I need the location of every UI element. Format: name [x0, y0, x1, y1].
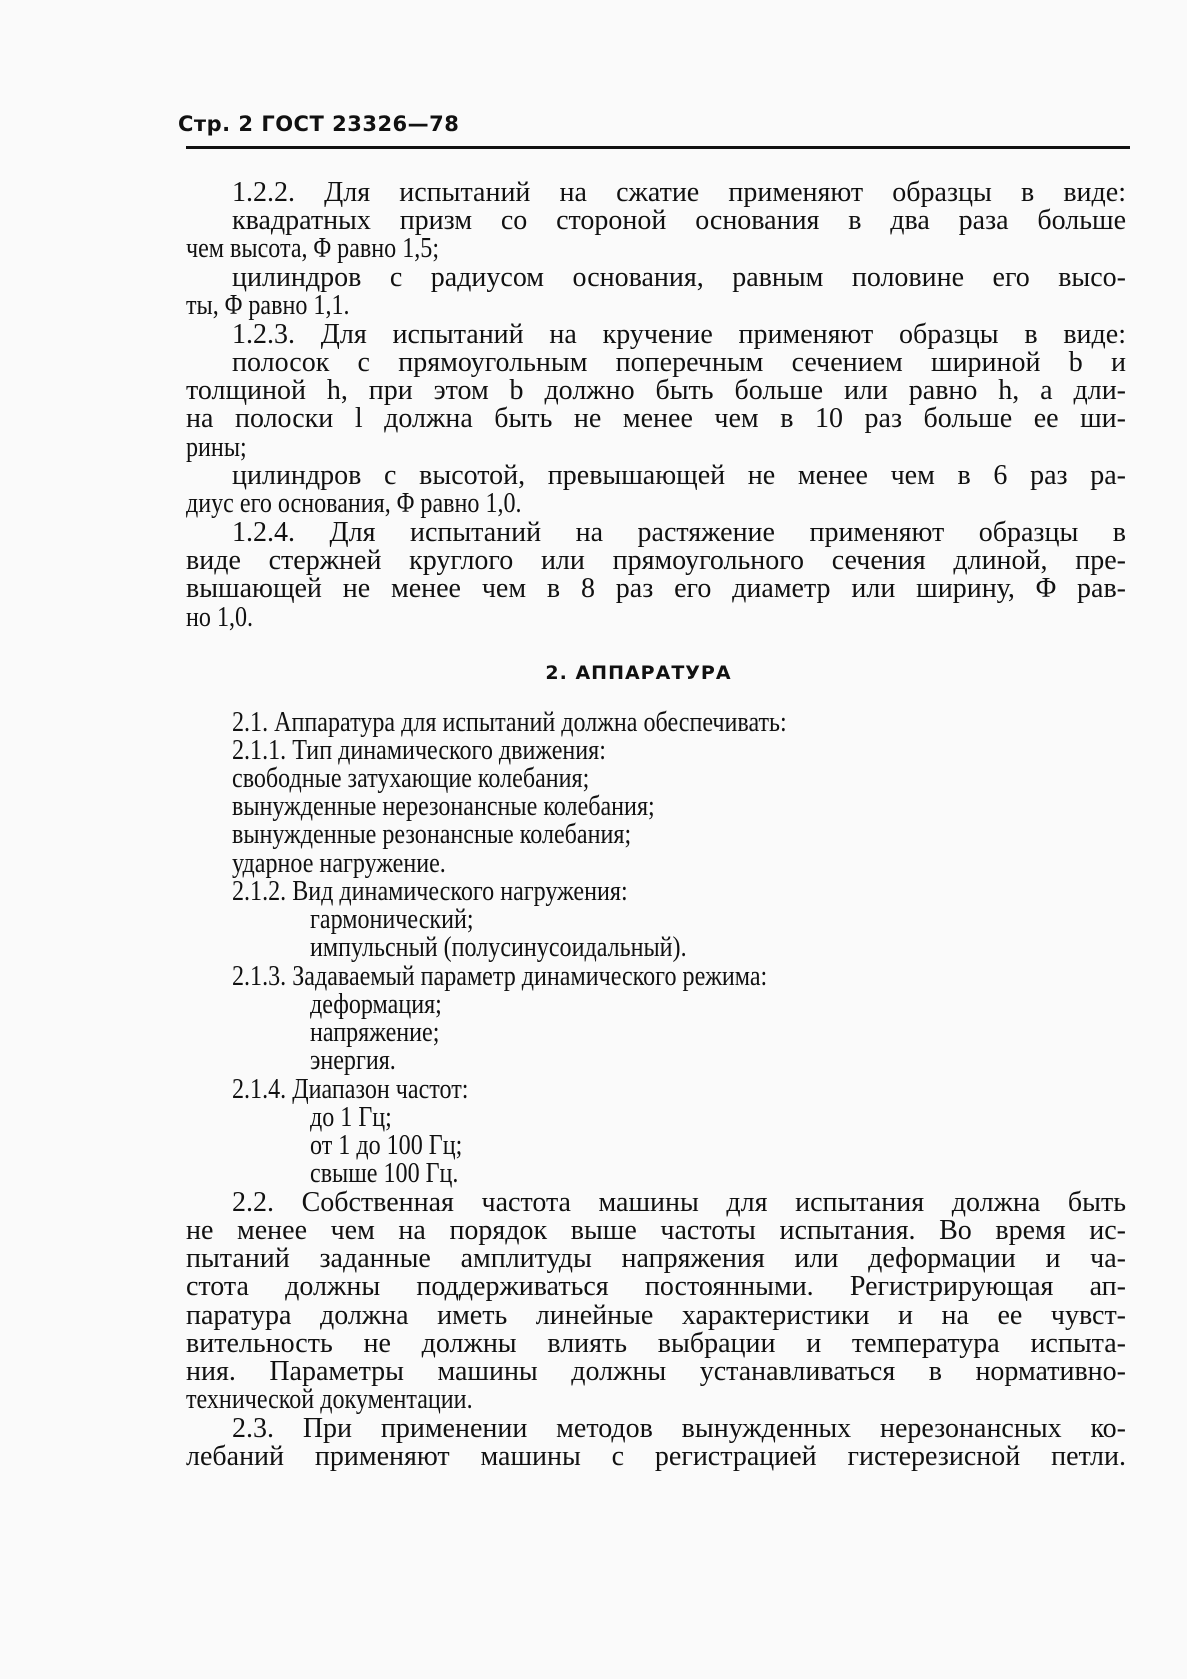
standard-number: ГОСТ 23326—78	[261, 112, 459, 136]
text-line: 1.2.2. Для испытаний на сжатие применяют…	[232, 178, 1126, 208]
text-line: 1.2.3. Для испытаний на кручение применя…	[232, 320, 1126, 350]
text-line: лебаний применяют машины с регистрацией …	[186, 1442, 1126, 1472]
text-line: ты, Φ равно 1,1.	[186, 291, 350, 321]
text-line: квадратных призм со стороной основания в…	[232, 206, 1126, 236]
page-header: Стр. 2 ГОСТ 23326—78	[178, 112, 459, 136]
text-line: до 1 Гц;	[310, 1103, 392, 1133]
text-line: толщиной h, при этом b должно быть больш…	[186, 376, 1126, 406]
text-line: 2.1.3. Задаваемый параметр динамического…	[232, 962, 767, 992]
text-line: свободные затухающие колебания;	[232, 764, 589, 794]
text-line: 2.2. Собственная частота машины для испы…	[232, 1188, 1126, 1218]
text-line: полосок с прямоугольным поперечным сечен…	[232, 348, 1126, 378]
text-line: вынужденные резонансные колебания;	[232, 820, 631, 850]
text-line: 2.1.1. Тип динамического движения:	[232, 736, 606, 766]
text-line: чем высота, Φ равно 1,5;	[186, 234, 439, 264]
text-line: вышающей не менее чем в 8 раз его диамет…	[186, 574, 1126, 604]
text-line: напряжение;	[310, 1018, 439, 1048]
text-line: гармонический;	[310, 905, 474, 935]
text-line: не менее чем на порядок выше частоты исп…	[186, 1216, 1126, 1246]
text-line: 2.1. Аппаратура для испытаний должна обе…	[232, 708, 787, 738]
text-line: диус его основания, Φ равно 1,0.	[186, 489, 522, 519]
text-line: вынужденные нерезонансные колебания;	[232, 792, 655, 822]
text-line: 2.1.4. Диапазон частот:	[232, 1075, 468, 1105]
text-line: цилиндров с высотой, превышающей не мене…	[232, 461, 1126, 491]
text-line: 1.2.4. Для испытаний на растяжение приме…	[232, 518, 1126, 548]
text-line: импульсный (полусинусоидальный).	[310, 933, 687, 963]
section-heading: 2. АППАРАТУРА	[0, 662, 1187, 684]
text-line: ударное нагружение.	[232, 849, 446, 879]
text-line: цилиндров с радиусом основания, равным п…	[232, 263, 1126, 293]
text-line: на полоски l должна быть не менее чем в …	[186, 404, 1126, 434]
text-line: технической документации.	[186, 1385, 473, 1415]
text-line: ния. Параметры машины должны устанавлива…	[186, 1357, 1126, 1387]
text-line: энергия.	[310, 1046, 396, 1076]
page-number: Стр. 2	[178, 112, 254, 136]
text-line: 2.1.2. Вид динамического нагружения:	[232, 877, 628, 907]
text-line: свыше 100 Гц.	[310, 1159, 458, 1189]
text-line: от 1 до 100 Гц;	[310, 1131, 462, 1161]
text-line: стота должны поддерживаться постоянными.…	[186, 1272, 1126, 1302]
text-line: паратура должна иметь линейные характери…	[186, 1301, 1126, 1331]
text-line: рины;	[186, 433, 247, 463]
text-line: вительность не должны влиять выбрации и …	[186, 1329, 1126, 1359]
text-line: но 1,0.	[186, 603, 253, 633]
text-line: пытаний заданные амплитуды напряжения ил…	[186, 1244, 1126, 1274]
text-line: 2.3. При применении методов вынужденных …	[232, 1414, 1126, 1444]
header-rule	[186, 146, 1130, 149]
text-line: деформация;	[310, 990, 442, 1020]
text-line: виде стержней круглого или прямоугольног…	[186, 546, 1126, 576]
